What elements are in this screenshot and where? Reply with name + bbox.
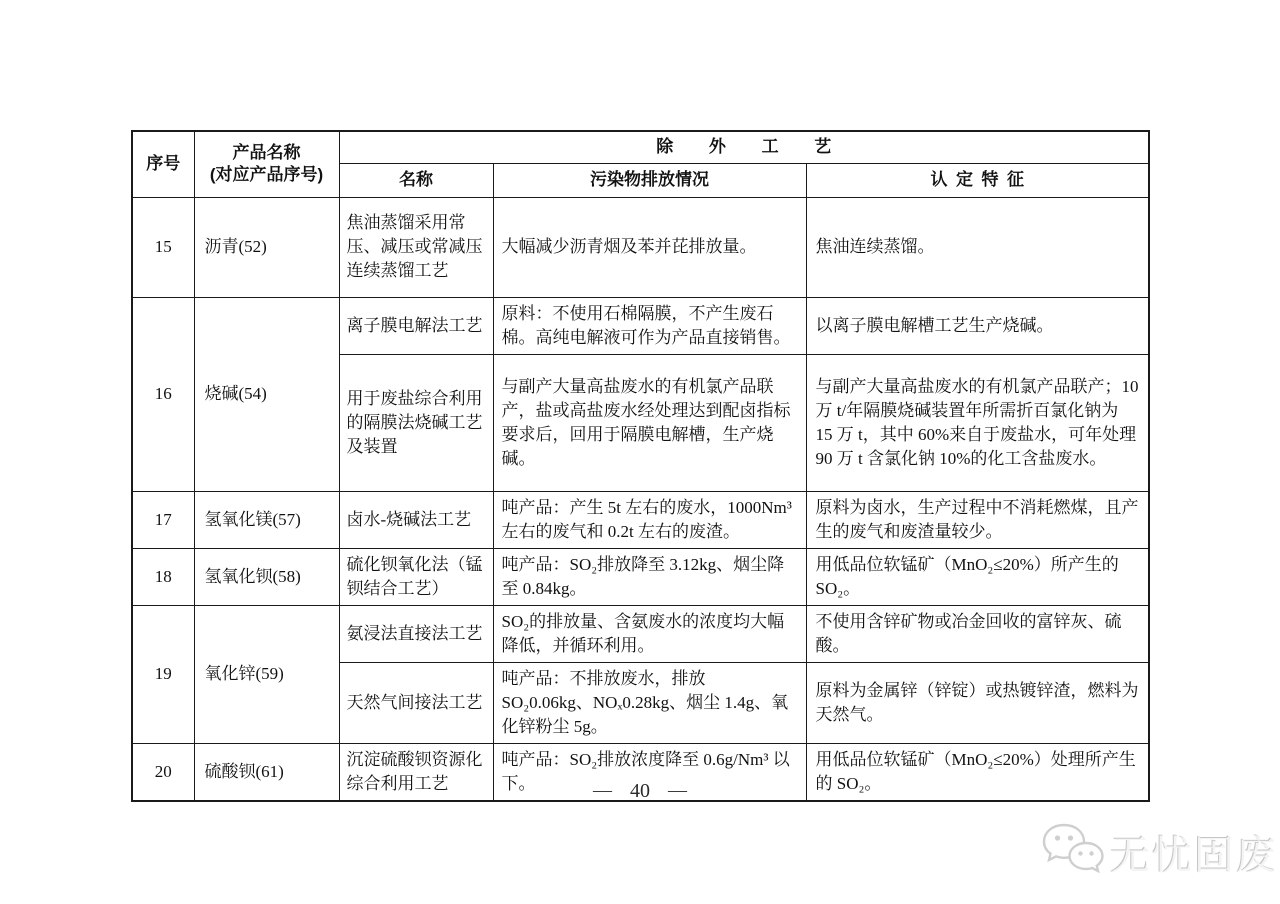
wechat-bubbles-icon [1042, 821, 1104, 884]
footer-left-dash: — [593, 780, 612, 802]
document-page: 序号 产品名称 (对应产品序号) 除外工艺 名称 污染物排放情况 认定特征 15… [0, 0, 1280, 904]
identification-feature: 以离子膜电解槽工艺生产烧碱。 [806, 297, 1149, 354]
row-product-name: 沥青(52) [194, 197, 339, 297]
process-name: 焦油蒸馏采用常压、减压或常减压连续蒸馏工艺 [339, 197, 493, 297]
header-process-name: 名称 [339, 163, 493, 197]
row-serial-number: 18 [132, 548, 194, 605]
table-row: 15沥青(52)焦油蒸馏采用常压、减压或常减压连续蒸馏工艺大幅减少沥青烟及苯并芘… [132, 197, 1149, 297]
row-product-name: 氢氧化镁(57) [194, 491, 339, 548]
process-name: 离子膜电解法工艺 [339, 297, 493, 354]
page-footer: — 40 — [0, 778, 1280, 804]
row-product-name: 氧化锌(59) [194, 605, 339, 743]
process-name: 用于废盐综合利用的隔膜法烧碱工艺及装置 [339, 354, 493, 491]
identification-feature: 与副产大量高盐废水的有机氯产品联产；10 万 t/年隔膜烧碱装置年所需折百氯化钠… [806, 354, 1149, 491]
header-product-line2: (对应产品序号) [199, 164, 335, 186]
watermark-text: 无忧固废 [1110, 824, 1278, 881]
row-serial-number: 16 [132, 297, 194, 491]
row-serial-number: 15 [132, 197, 194, 297]
footer-right-dash: — [668, 780, 687, 802]
watermark: 无忧固废 [1042, 820, 1262, 884]
header-identification-feature: 认定特征 [806, 163, 1149, 197]
exempted-process-table: 序号 产品名称 (对应产品序号) 除外工艺 名称 污染物排放情况 认定特征 15… [131, 130, 1150, 802]
header-excluded-process-group: 除外工艺 [339, 131, 1149, 163]
process-name: 天然气间接法工艺 [339, 662, 493, 743]
identification-feature: 不使用含锌矿物或冶金回收的富锌灰、硫酸。 [806, 605, 1149, 662]
pollutant-emission: 大幅减少沥青烟及苯并芘排放量。 [493, 197, 806, 297]
table-row: 19氧化锌(59)氨浸法直接法工艺SO₂的排放量、含氨废水的浓度均大幅降低，并循… [132, 605, 1149, 662]
identification-feature: 原料为金属锌（锌锭）或热镀锌渣，燃料为天然气。 [806, 662, 1149, 743]
table-row: 18氢氧化钡(58)硫化钡氧化法（锰钡结合工艺）吨产品：SO₂排放降至 3.12… [132, 548, 1149, 605]
header-pollutant-emission: 污染物排放情况 [493, 163, 806, 197]
table-row: 17氢氧化镁(57)卤水-烧碱法工艺吨产品：产生 5t 左右的废水，1000Nm… [132, 491, 1149, 548]
row-serial-number: 17 [132, 491, 194, 548]
pollutant-emission: 吨产品：产生 5t 左右的废水，1000Nm³ 左右的废气和 0.2t 左右的废… [493, 491, 806, 548]
header-serial: 序号 [132, 131, 194, 197]
row-serial-number: 19 [132, 605, 194, 743]
pollutant-emission: 吨产品：不排放废水，排放 SO₂0.06kg、NOₓ0.28kg、烟尘 1.4g… [493, 662, 806, 743]
row-product-name: 氢氧化钡(58) [194, 548, 339, 605]
pollutant-emission: 原料：不使用石棉隔膜，不产生废石棉。高纯电解液可作为产品直接销售。 [493, 297, 806, 354]
pollutant-emission: 与副产大量高盐废水的有机氯产品联产，盐或高盐废水经处理达到配卤指标要求后，回用于… [493, 354, 806, 491]
process-name: 硫化钡氧化法（锰钡结合工艺） [339, 548, 493, 605]
row-product-name: 烧碱(54) [194, 297, 339, 491]
pollutant-emission: 吨产品：SO₂排放降至 3.12kg、烟尘降至 0.84kg。 [493, 548, 806, 605]
identification-feature: 焦油连续蒸馏。 [806, 197, 1149, 297]
identification-feature: 原料为卤水，生产过程中不消耗燃煤，且产生的废气和废渣量较少。 [806, 491, 1149, 548]
header-product-line1: 产品名称 [199, 142, 335, 164]
identification-feature: 用低品位软锰矿（MnO₂≤20%）所产生的 SO₂。 [806, 548, 1149, 605]
process-name: 氨浸法直接法工艺 [339, 605, 493, 662]
page-number: 40 [630, 780, 650, 803]
table-body: 15沥青(52)焦油蒸馏采用常压、减压或常减压连续蒸馏工艺大幅减少沥青烟及苯并芘… [132, 197, 1149, 801]
table-row: 16烧碱(54)离子膜电解法工艺原料：不使用石棉隔膜，不产生废石棉。高纯电解液可… [132, 297, 1149, 354]
pollutant-emission: SO₂的排放量、含氨废水的浓度均大幅降低，并循环利用。 [493, 605, 806, 662]
header-row-group: 序号 产品名称 (对应产品序号) 除外工艺 [132, 131, 1149, 163]
process-name: 卤水-烧碱法工艺 [339, 491, 493, 548]
header-product-name: 产品名称 (对应产品序号) [194, 131, 339, 197]
